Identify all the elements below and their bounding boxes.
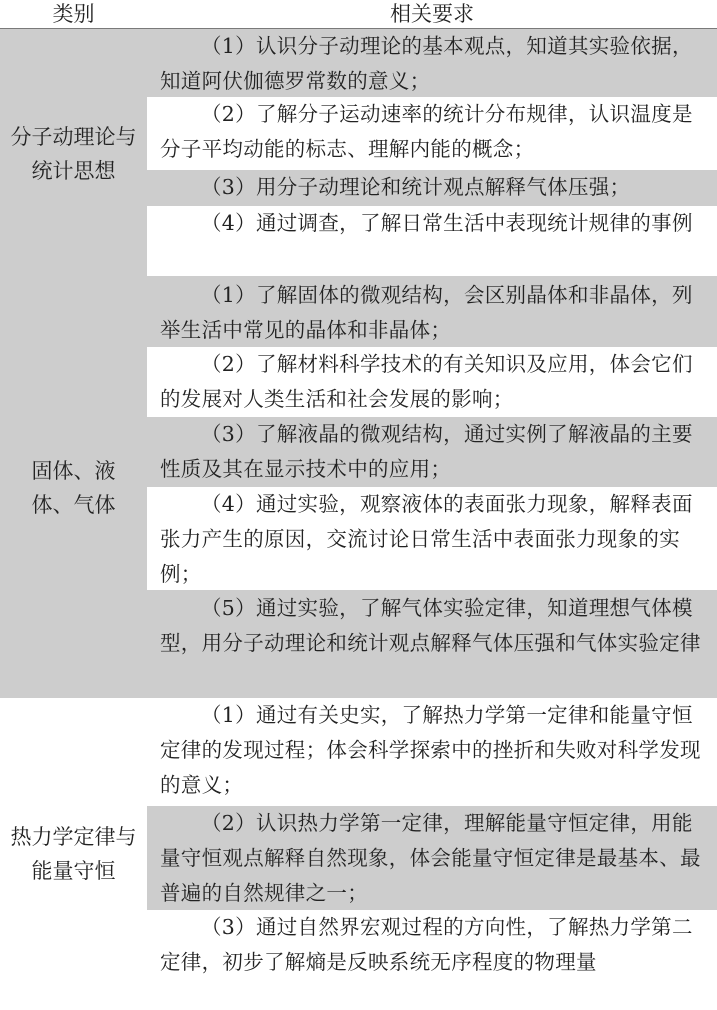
requirement-row: （2）了解分子运动速率的统计分布规律，认识温度是分子平均动能的标志、理解内能的概… <box>147 97 717 170</box>
header-category: 类别 <box>0 0 147 28</box>
requirement-row: （1）通过有关史实，了解热力学第一定律和能量守恒定律的发现过程；体会科学探索中的… <box>147 698 717 806</box>
table-header: 类别 相关要求 <box>0 0 717 29</box>
requirement-row: （3）了解液晶的微观结构，通过实例了解液晶的主要性质及其在显示技术中的应用； <box>147 417 717 487</box>
requirement-row: （4）通过实验，观察液体的表面张力现象，解释表面张力产生的原因，交流讨论日常生活… <box>147 487 717 590</box>
header-requirements: 相关要求 <box>147 0 717 28</box>
requirement-row: （2）了解材料科学技术的有关知识及应用，体会它们的发展对人类生活和社会发展的影响… <box>147 347 717 417</box>
requirement-row: （1）了解固体的微观结构，会区别晶体和非晶体，列举生活中常见的晶体和非晶体； <box>147 278 717 347</box>
requirement-row: （3）通过自然界宏观过程的方向性，了解热力学第二定律，初步了解熵是反映系统无序程… <box>147 910 717 1010</box>
category-cell: 热力学定律与能量守恒 <box>0 698 147 1010</box>
requirement-row: （3）用分子动理论和统计观点解释气体压强； <box>147 170 717 206</box>
category-cell: 固体、液体、气体 <box>0 278 147 698</box>
requirement-row: （1）认识分子动理论的基本观点，知道其实验依据，知道阿伏伽德罗常数的意义； <box>147 29 717 97</box>
requirement-row: （2）认识热力学第一定律，理解能量守恒定律，用能量守恒观点解释自然现象，体会能量… <box>147 806 717 910</box>
requirement-row: （5）通过实验，了解气体实验定律，知道理想气体模型，用分子动理论和统计观点解释气… <box>147 591 717 698</box>
category-cell: 分子动理论与统计思想 <box>0 29 147 278</box>
requirement-row: （4）通过调查，了解日常生活中表现统计规律的事例 <box>147 206 717 276</box>
